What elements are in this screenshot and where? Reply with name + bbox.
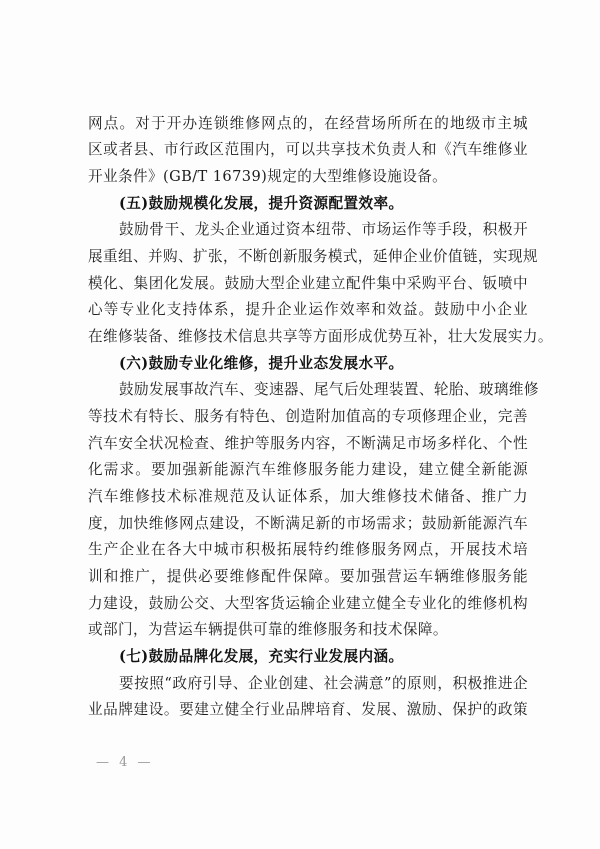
section-heading-5: (五)鼓励规模化发展，提升资源配置效率。 bbox=[119, 194, 528, 214]
document-page: 网点。对于开办连锁维修网点的，在经营场所所在的地级市主城 区或者县、市行政区范围… bbox=[0, 0, 600, 849]
text-line: 要按照“政府引导、企业创建、社会满意”的原则，积极推进企 bbox=[119, 674, 528, 694]
text-line: 汽车维修技术标准规范及认证体系，加大维修技术储备、推广力 bbox=[88, 487, 528, 507]
section-heading-7: (七)鼓励品牌化发展，充实行业发展内涵。 bbox=[119, 647, 528, 667]
text-line: 展重组、并购、扩张，不断创新服务模式，延伸企业价值链，实现规 bbox=[88, 247, 528, 267]
text-line: 或部门，为营运车辆提供可靠的维修服务和技术保障。 bbox=[88, 620, 528, 640]
text-line: 区或者县、市行政区范围内，可以共享技术负责人和《汽车维修业 bbox=[88, 140, 528, 160]
text-line: 训和推广，提供必要维修配件保障。要加强营运车辆维修服务能 bbox=[88, 567, 528, 587]
text-line: 心等专业化支持体系，提升企业运作效率和效益。鼓励中小企业 bbox=[88, 300, 528, 320]
text-line: 度，加快维修网点建设，不断满足新的市场需求；鼓励新能源汽车 bbox=[88, 514, 528, 534]
text-line: 开业条件》(GB/T 16739)规定的大型维修设施设备。 bbox=[88, 167, 528, 187]
text-line: 化需求。要加强新能源汽车维修服务能力建设，建立健全新能源 bbox=[88, 460, 528, 480]
text-line: 在维修装备、维修技术信息共享等方面形成优势互补，壮大发展实力。 bbox=[88, 327, 528, 347]
page-number: — 4 — bbox=[96, 755, 154, 770]
section-heading-6: (六)鼓励专业化维修，提升业态发展水平。 bbox=[119, 354, 528, 374]
text-line: 业品牌建设。要建立健全行业品牌培育、发展、激励、保护的政策 bbox=[88, 700, 528, 720]
text-line: 等技术有特长、服务有特色、创造附加值高的专项修理企业，完善 bbox=[88, 407, 528, 427]
text-line: 鼓励发展事故汽车、变速器、尾气后处理装置、轮胎、玻璃维修 bbox=[119, 380, 528, 400]
text-line: 网点。对于开办连锁维修网点的，在经营场所所在的地级市主城 bbox=[88, 114, 528, 134]
text-line: 汽车安全状况检查、维护等服务内容，不断满足市场多样化、个性 bbox=[88, 434, 528, 454]
text-line: 鼓励骨干、龙头企业通过资本纽带、市场运作等手段，积极开 bbox=[119, 220, 528, 240]
text-line: 生产企业在各大中城市积极拓展特约维修服务网点，开展技术培 bbox=[88, 540, 528, 560]
text-line: 模化、集团化发展。鼓励大型企业建立配件集中采购平台、钣喷中 bbox=[88, 274, 528, 294]
text-line: 力建设，鼓励公交、大型客货运输企业建立健全专业化的维修机构 bbox=[88, 594, 528, 614]
